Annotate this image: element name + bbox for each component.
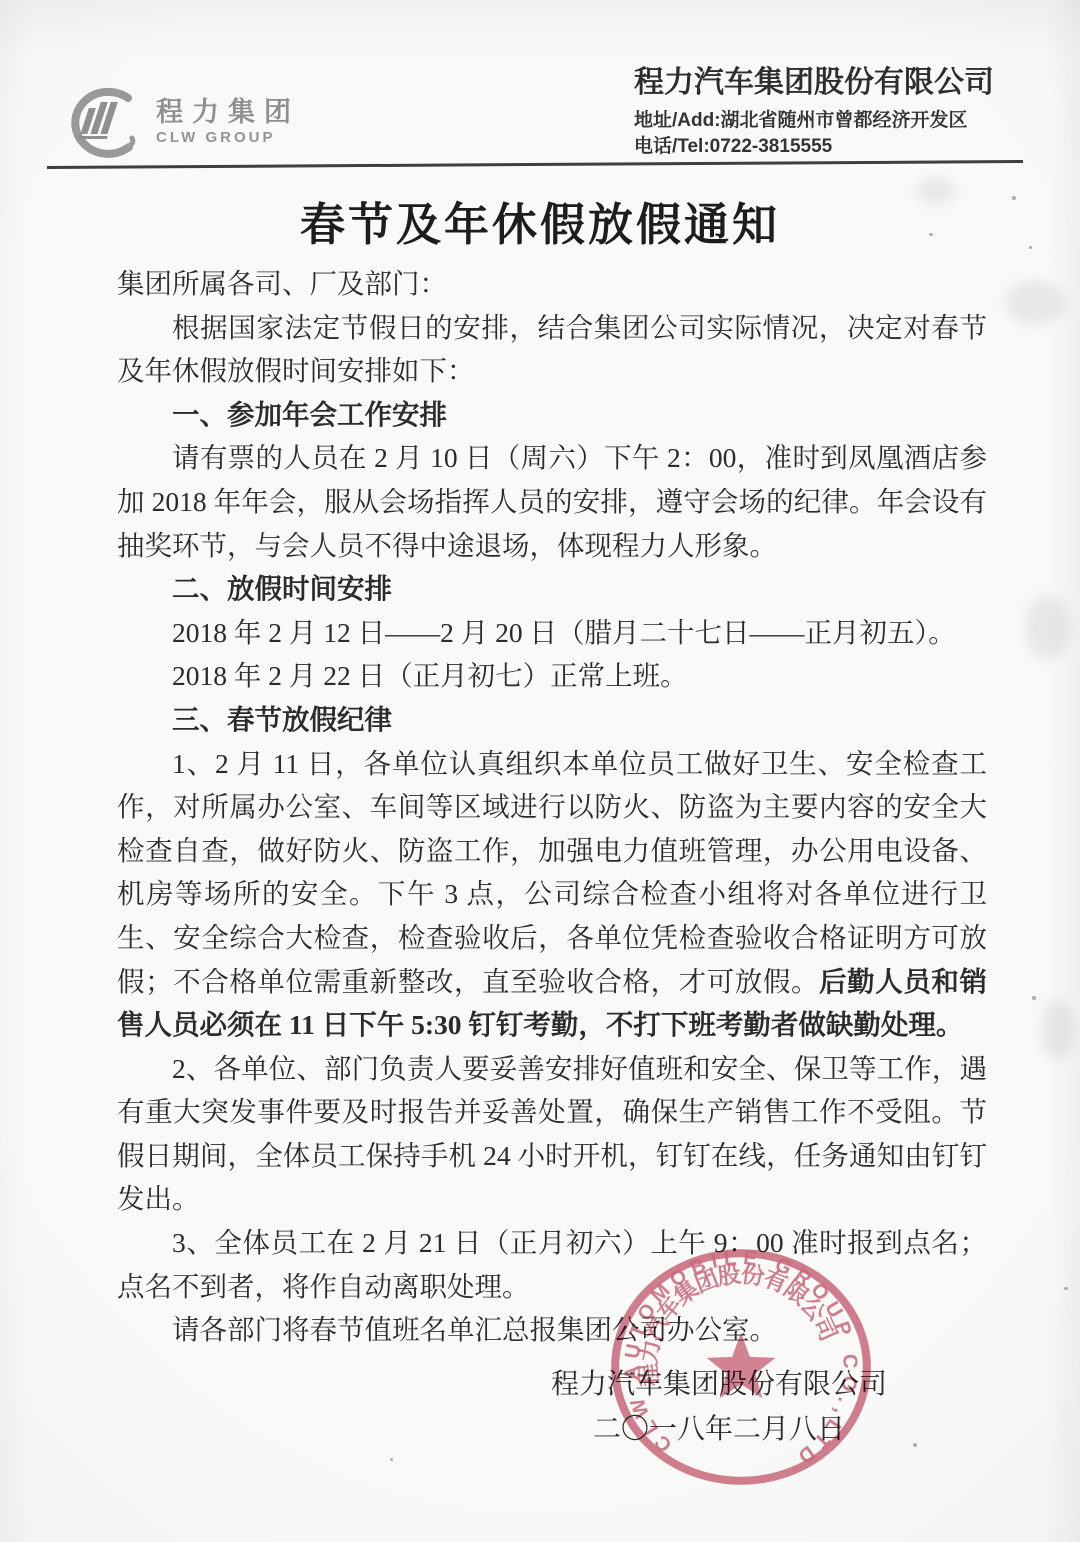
scan-speck — [1029, 246, 1032, 249]
section1-paragraph: 请有票的人员在 2 月 10 日（周六）下午 2：00，准时到凤凰酒店参加 20… — [117, 436, 987, 567]
scan-speck — [929, 233, 933, 236]
company-logo: 程力集团 CLW GROUP — [58, 86, 300, 158]
scan-smudge — [1040, 1000, 1075, 1060]
section2-line2: 2018 年 2 月 22 日（正月初七）正常上班。 — [117, 654, 987, 698]
logo-text-cn: 程力集团 — [156, 99, 300, 126]
seal-star-icon — [707, 1333, 776, 1399]
scanned-notice-document: 程力集团 CLW GROUP 程力汽车集团股份有限公司 地址/Add:湖北省随州… — [0, 0, 1080, 1542]
scan-speck — [1064, 1287, 1068, 1290]
scan-speck — [1012, 196, 1016, 200]
section2-line1: 2018 年 2 月 12 日——2 月 20 日（腊月二十七日——正月初五）。 — [117, 611, 987, 655]
letterhead-address: 地址/Add:湖北省随州市曾都经济开发区 — [634, 108, 1034, 134]
scan-smudge — [915, 178, 957, 204]
scan-smudge — [1005, 280, 1065, 325]
section1-heading: 一、参加年会工作安排 — [117, 393, 987, 437]
company-seal-stamp: CLW AUTOMOBILE GROUP CO.,LTD 程力汽车集团股份有限公… — [590, 1216, 892, 1518]
clw-logo-icon — [58, 86, 146, 158]
letterhead-tel: 电话/Tel:0722-3815555 — [634, 134, 1034, 160]
letterhead-company-block: 程力汽车集团股份有限公司 地址/Add:湖北省随州市曾都经济开发区 电话/Tel… — [634, 66, 1034, 159]
letterhead-company-name: 程力汽车集团股份有限公司 — [634, 66, 1034, 99]
notice-body: 集团所属各司、厂及部门： 根据国家法定节假日的安排，结合集团公司实际情况，决定对… — [117, 262, 987, 1352]
scan-speck — [1032, 996, 1036, 1000]
section3-item1: 1、2 月 11 日，各单位认真组织本单位员工做好卫生、安全检查工作，对所属办公… — [117, 742, 987, 1047]
intro-paragraph: 根据国家法定节假日的安排，结合集团公司实际情况，决定对春节及年休假放假时间安排如… — [117, 306, 987, 393]
scan-smudge — [1025, 595, 1070, 660]
scan-speck — [913, 1443, 917, 1447]
section3-item2: 2、各单位、部门负责人要妥善安排好值班和安全、保卫等工作，遇有重大突发事件要及时… — [117, 1047, 987, 1221]
logo-wordmark: 程力集团 CLW GROUP — [156, 99, 300, 145]
salutation: 集团所属各司、厂及部门： — [117, 262, 987, 306]
scan-speck — [390, 1458, 393, 1461]
logo-text-en: CLW GROUP — [156, 130, 300, 145]
section3-heading: 三、春节放假纪律 — [117, 698, 987, 742]
section2-heading: 二、放假时间安排 — [117, 567, 987, 611]
header-divider — [47, 160, 1023, 169]
section3-item1-text: 1、2 月 11 日，各单位认真组织本单位员工做好卫生、安全检查工作，对所属办公… — [117, 748, 987, 997]
